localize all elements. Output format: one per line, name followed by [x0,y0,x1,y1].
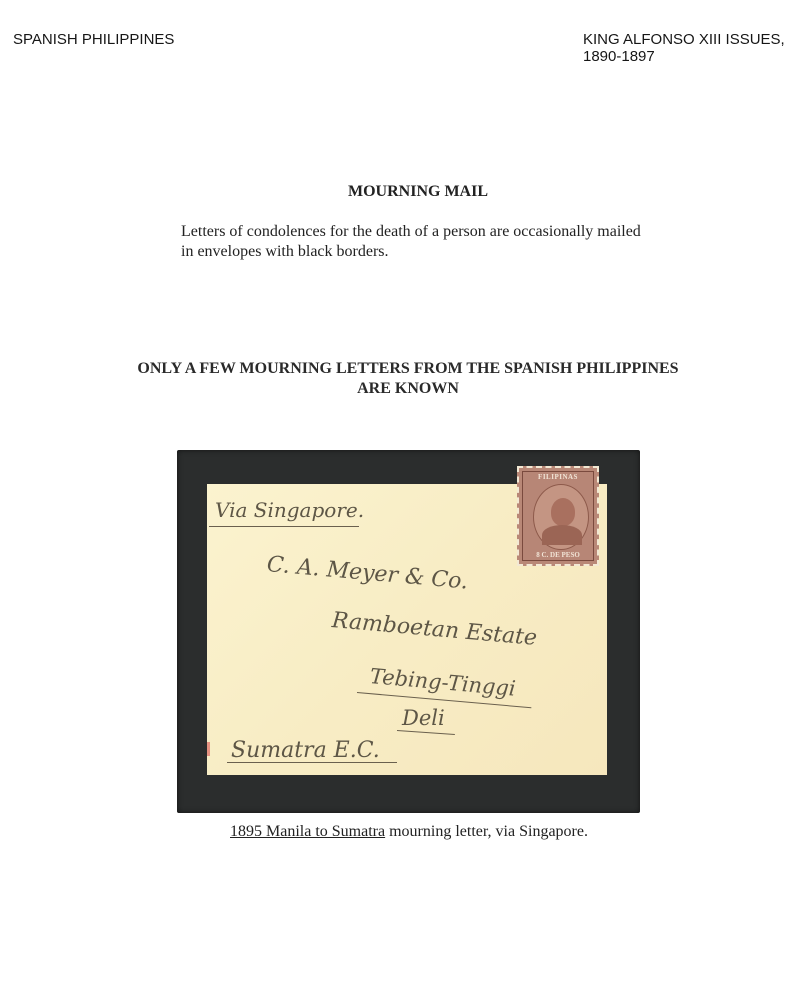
intro-paragraph: Letters of condolences for the death of … [181,222,681,262]
handwriting-underline [227,762,397,763]
handwriting-island: Sumatra E.C. [231,738,380,763]
intro-line: in envelopes with black borders. [181,242,681,262]
handwriting-district: Deli [402,706,445,730]
headline: ONLY A FEW MOURNING LETTERS FROM THE SPA… [0,359,812,399]
caption-underlined: 1895 Manila to Sumatra [230,823,385,840]
headline-line: ONLY A FEW MOURNING LETTERS FROM THE SPA… [4,359,812,379]
header-issue-title: KING ALFONSO XIII ISSUES, [583,31,785,48]
header-country: SPANISH PHILIPPINES [13,31,174,48]
red-ink-mark [207,742,210,756]
handwriting-underline [209,526,359,527]
image-caption: 1895 Manila to Sumatra mourning letter, … [0,823,812,841]
stamp-value-text: 8 C. DE PESO [523,551,593,559]
intro-line: Letters of condolences for the death of … [181,222,681,242]
portrait-icon [533,484,589,550]
handwriting-addressee: C. A. Meyer & Co. [266,552,469,594]
postage-stamp: FILIPINAS 8 C. DE PESO [517,466,599,566]
header-issue-years: 1890-1897 [583,48,785,65]
stamp-frame: FILIPINAS 8 C. DE PESO [522,471,594,561]
section-title: MOURNING MAIL [0,183,812,201]
handwriting-underline [397,730,455,735]
stamp-head-shape [551,498,575,526]
caption-rest: mourning letter, via Singapore. [385,823,588,840]
stamp-country-text: FILIPINAS [523,473,593,481]
mourning-envelope-image: Via Singapore. C. A. Meyer & Co. Ramboet… [177,450,640,813]
handwriting-estate: Ramboetan Estate [331,608,538,651]
handwriting-via: Via Singapore. [215,498,364,522]
header-issue: KING ALFONSO XIII ISSUES, 1890-1897 [583,31,785,65]
headline-line: ARE KNOWN [4,379,812,399]
stamp-shoulders-shape [542,525,582,545]
